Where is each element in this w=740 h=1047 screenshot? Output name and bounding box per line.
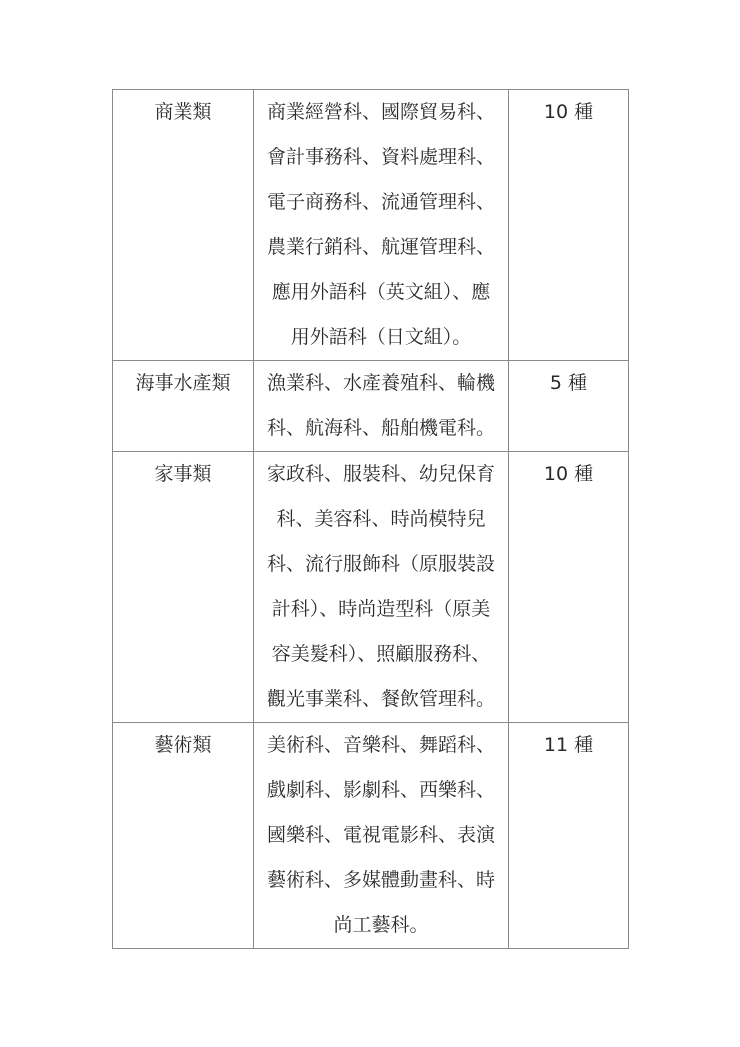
count-label: 11 種 — [509, 723, 628, 768]
department-line: 容美髮科）、照顧服務科、 — [254, 632, 508, 677]
count-label: 10 種 — [509, 452, 628, 497]
department-line: 電子商務科、流通管理科、 — [254, 180, 508, 225]
count-label: 5 種 — [509, 361, 628, 406]
department-line: 美術科、音樂科、舞蹈科、 — [254, 723, 508, 768]
department-line: 科、流行服飾科（原服裝設 — [254, 542, 508, 587]
departments-cell: 商業經營科、國際貿易科、會計事務科、資料處理科、電子商務科、流通管理科、農業行銷… — [254, 90, 509, 361]
department-line: 漁業科、水產養殖科、輪機 — [254, 361, 508, 406]
category-cell: 商業類 — [113, 90, 254, 361]
department-line: 家政科、服裝科、幼兒保育 — [254, 452, 508, 497]
table-row: 家事類 家政科、服裝科、幼兒保育科、美容科、時尚模特兒科、流行服飾科（原服裝設計… — [113, 452, 629, 723]
category-cell: 家事類 — [113, 452, 254, 723]
department-line: 計科）、時尚造型科（原美 — [254, 587, 508, 632]
category-label: 商業類 — [113, 90, 253, 135]
departments-cell: 家政科、服裝科、幼兒保育科、美容科、時尚模特兒科、流行服飾科（原服裝設計科）、時… — [254, 452, 509, 723]
department-line: 國樂科、電視電影科、表演 — [254, 813, 508, 858]
department-line: 戲劇科、影劇科、西樂科、 — [254, 768, 508, 813]
category-cell: 藝術類 — [113, 723, 254, 949]
department-line: 科、美容科、時尚模特兒 — [254, 497, 508, 542]
department-line: 藝術科、多媒體動畫科、時 — [254, 858, 508, 903]
category-label: 家事類 — [113, 452, 253, 497]
count-cell: 10 種 — [509, 452, 629, 723]
department-line: 農業行銷科、航運管理科、 — [254, 225, 508, 270]
department-line: 科、航海科、船舶機電科。 — [254, 406, 508, 451]
department-line: 應用外語科（英文組）、應 — [254, 270, 508, 315]
count-label: 10 種 — [509, 90, 628, 135]
departments-cell: 美術科、音樂科、舞蹈科、戲劇科、影劇科、西樂科、國樂科、電視電影科、表演藝術科、… — [254, 723, 509, 949]
department-line: 用外語科（日文組）。 — [254, 315, 508, 360]
table-row: 藝術類 美術科、音樂科、舞蹈科、戲劇科、影劇科、西樂科、國樂科、電視電影科、表演… — [113, 723, 629, 949]
table-row: 商業類 商業經營科、國際貿易科、會計事務科、資料處理科、電子商務科、流通管理科、… — [113, 90, 629, 361]
department-line: 商業經營科、國際貿易科、 — [254, 90, 508, 135]
department-line: 尚工藝科。 — [254, 903, 508, 948]
departments-table: 商業類 商業經營科、國際貿易科、會計事務科、資料處理科、電子商務科、流通管理科、… — [112, 89, 629, 949]
table-row: 海事水產類 漁業科、水產養殖科、輪機科、航海科、船舶機電科。 5 種 — [113, 361, 629, 452]
count-cell: 10 種 — [509, 90, 629, 361]
departments-cell: 漁業科、水產養殖科、輪機科、航海科、船舶機電科。 — [254, 361, 509, 452]
department-line: 會計事務科、資料處理科、 — [254, 135, 508, 180]
department-line: 觀光事業科、餐飲管理科。 — [254, 677, 508, 722]
category-label: 海事水產類 — [113, 361, 253, 406]
count-cell: 5 種 — [509, 361, 629, 452]
count-cell: 11 種 — [509, 723, 629, 949]
category-label: 藝術類 — [113, 723, 253, 768]
category-cell: 海事水產類 — [113, 361, 254, 452]
